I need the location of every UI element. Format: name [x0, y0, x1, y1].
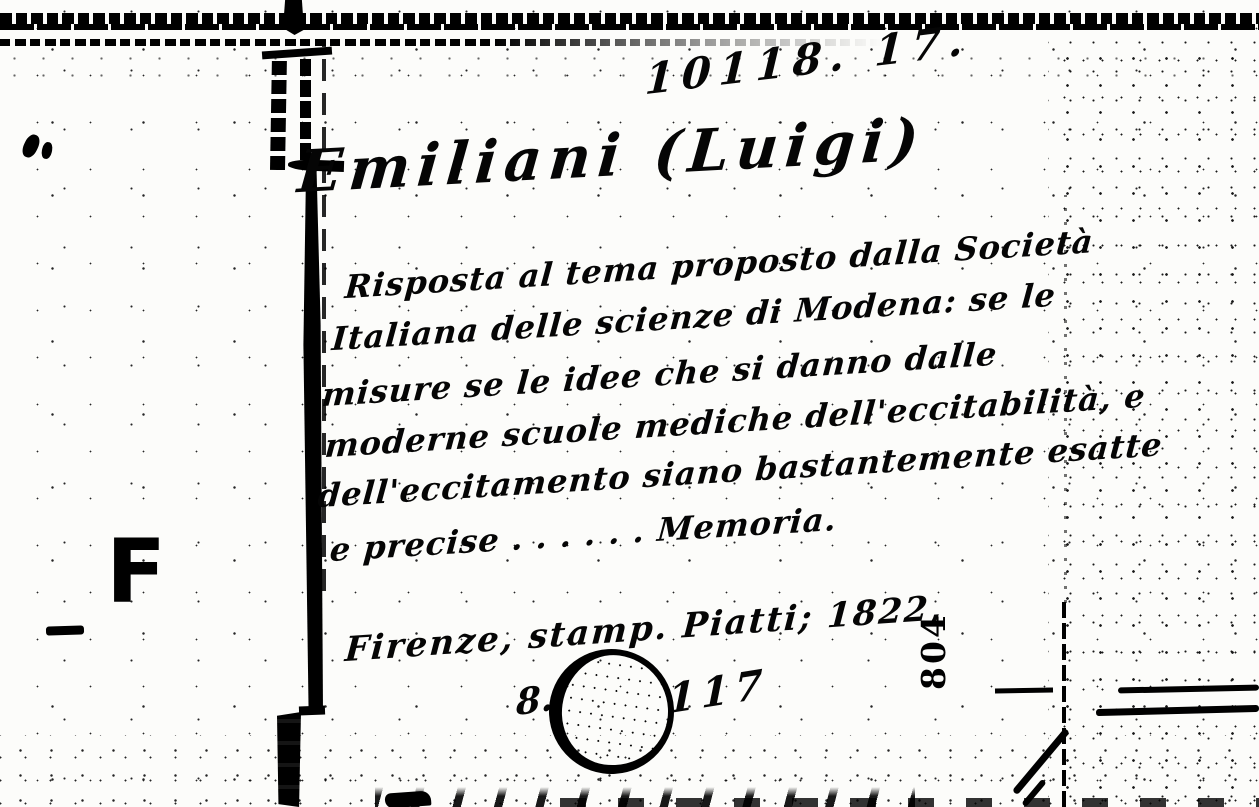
entry-body-line: e precise . . . . . . Memoria.: [328, 500, 838, 569]
next-entry-cutoff-fragments: [385, 790, 432, 807]
entry-format: 8.: [516, 677, 553, 725]
binding-fold-bottom: [277, 712, 301, 807]
section-letter: F: [106, 528, 166, 616]
top-binding-mark: [283, 0, 304, 35]
scan-noise-top: [0, 50, 1259, 80]
next-entry-cutoff-fragments: [375, 787, 915, 807]
entry-author-heading: Emiliani (Luigi): [295, 105, 928, 206]
stamp-underline: [995, 687, 1053, 693]
binding-fold-step: [299, 706, 325, 716]
ink-blot: [40, 141, 53, 160]
binding-clip-left: [270, 55, 287, 170]
top-scan-band-line: [0, 24, 1259, 30]
printed-page-number: 804: [915, 605, 953, 697]
top-scan-band: [0, 13, 1259, 24]
ink-blot: [20, 132, 43, 160]
stray-stroke: [1118, 685, 1259, 694]
round-stamp-icon: [541, 641, 682, 782]
stray-stroke: [1096, 705, 1259, 716]
binding-fold-bar: [303, 172, 323, 712]
scanned-catalog-page: F 10118. 17. Emiliani (Luigi) Risposta a…: [0, 0, 1259, 807]
entry-page-reference: 117: [668, 660, 769, 724]
right-column-rule: [1062, 600, 1066, 807]
section-letter-underline: [46, 625, 84, 635]
